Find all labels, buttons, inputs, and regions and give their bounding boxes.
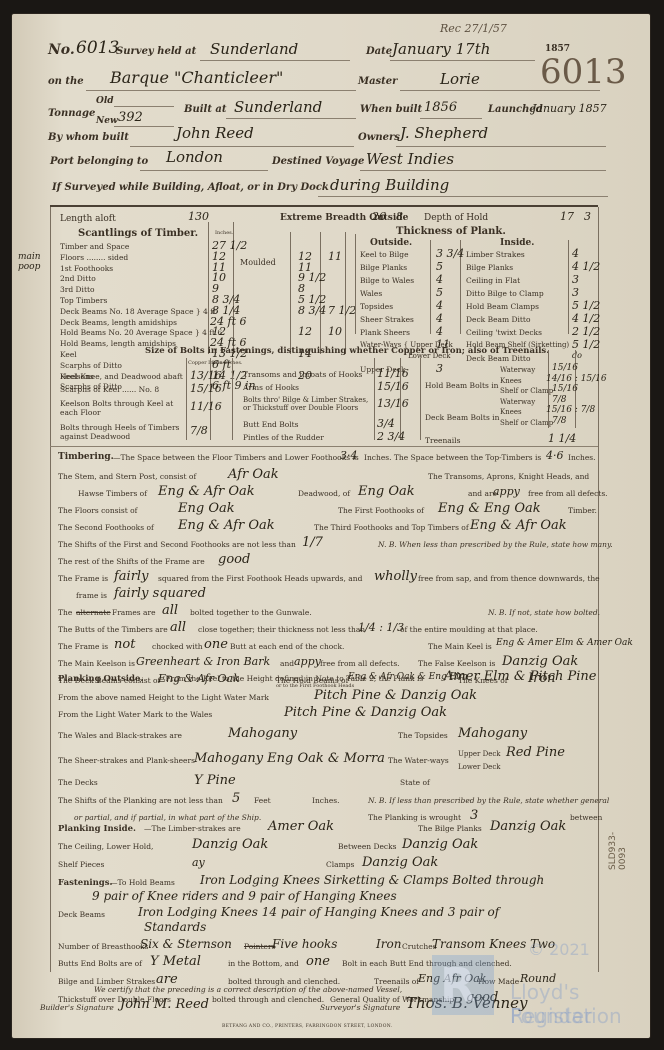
builder-value: John Reed	[176, 124, 254, 142]
owners-value: J. Shepherd	[400, 124, 488, 142]
fastenings-l4b: in the Bottom, and	[228, 959, 299, 968]
scantlings-title: Scantlings of Timber.	[78, 228, 198, 239]
planking-outside-l5-val: Mahogany Eng Oak & Morra	[194, 751, 385, 766]
master-value: Lorie	[440, 70, 480, 88]
timbering-l12c: Butt at each end of the chock.	[230, 642, 344, 651]
planking-outside-l3-val: Pitch Pine & Danzig Oak	[284, 705, 447, 720]
bolts-middle-4-value: 2 3/4	[377, 430, 405, 443]
timbering-l12b-val: one	[204, 637, 228, 652]
margin-note: main poop	[18, 252, 56, 272]
timbering-l13d: The False Keelson is	[418, 659, 495, 668]
hold-beam-list: Waterway15/16 Knees14/16 : 15/16 Shelf o…	[500, 366, 595, 429]
printer-imprint: BETFANG AND CO., PRINTERS, FARRINGDON ST…	[222, 1024, 392, 1029]
timbering-l11-val: all	[170, 620, 186, 635]
planking-inside-l1: —The Limber-strakes are	[144, 824, 241, 833]
date-value: January 17th	[392, 40, 490, 58]
timbering-l1b-val: 4·6	[546, 449, 564, 462]
bolts-hold-beam-0-label: Waterway	[500, 366, 535, 374]
received-note: Rec 27/1/57	[440, 22, 507, 35]
bolt-row: Keelson Bolts through Keel at each Floor…	[60, 399, 230, 423]
fastenings-l3: Number of Breasthooks	[58, 942, 149, 951]
owners-label: Owners	[358, 132, 400, 143]
voyage-value: West Indies	[366, 150, 454, 168]
timbering-l2b: The Transoms, Aprons, Knight Heads, and	[428, 472, 589, 481]
timbering-l13b-val: appy	[294, 655, 321, 668]
planking-outside-l7c: Inches.	[312, 796, 340, 805]
timbering-l13c: free from all defects.	[320, 659, 400, 668]
fastenings-l4: Butts End Bolts are of	[58, 959, 142, 968]
voyage-label: Destined Voyage	[272, 156, 364, 167]
timbering-l8: The Frame is	[58, 574, 108, 583]
bolts-left-1-value: 15/16	[190, 382, 222, 395]
timbering-l3b-val: Eng Oak	[358, 484, 415, 499]
timbering-l12: The Frame is	[58, 642, 108, 651]
scantlings-rows-6-ends: 7 1/2	[328, 304, 356, 317]
archive-reference: SLD933-0093	[608, 814, 628, 870]
scantlings-col-inches: Inches.	[215, 230, 233, 236]
timbering-l8c: free from sap, and from thence downwards…	[418, 574, 600, 583]
fastenings-l1: —To Hold Beams	[110, 878, 175, 887]
bolts-middle-4-label: Pintles of the Rudder	[243, 433, 324, 442]
bolts-left-1-label: Scarphs of Keel ...... No. 8	[60, 385, 159, 394]
timbering-l4b-val: Eng & Eng Oak	[438, 501, 541, 516]
plank-row: Wales5	[360, 289, 470, 302]
planking-outside-l5b: The Water-ways	[388, 756, 449, 765]
planking-inside-l3b: Clamps	[326, 860, 354, 869]
plank-outside-6-value: 4	[436, 325, 443, 338]
planking-outside-l6-val: Y Pine	[194, 773, 236, 788]
planking-inside-l1b-val: Danzig Oak	[490, 819, 566, 834]
planking-inside-l2-val: Danzig Oak	[192, 837, 268, 852]
planking-inside-l1-val: Amer Oak	[268, 819, 334, 834]
timbering-l3d: free from all defects.	[528, 489, 608, 498]
planking-inside-l2b: Between Decks	[338, 842, 397, 851]
plank-outside-5-value: 4	[436, 312, 443, 325]
plank-inside-0-value: 4	[572, 247, 579, 260]
fastenings-l3-struck: Pointers	[244, 942, 275, 951]
inside-title: Inside.	[500, 238, 534, 248]
length-label: Length aloft	[60, 214, 116, 224]
plank-row: Keel to Bilge3 3/4	[360, 250, 470, 263]
treenails-value: 1 1/4	[548, 432, 576, 445]
scantlings-rows-4-label: 3rd Ditto	[60, 285, 95, 294]
planking-outside-l5d: Lower Deck	[458, 763, 501, 771]
timbering-l3c-val: appy	[493, 485, 520, 498]
planking-outside-l8: or partial, and if partial, in what part…	[74, 813, 261, 822]
builder-signature-label: Builder's Signature	[40, 1003, 114, 1012]
bolts-hold-beam-1-label: Knees	[500, 377, 522, 385]
timbering-l6: The Shifts of the First and Second Footh…	[58, 540, 296, 549]
bolt-row: Knees14/16 : 15/16	[500, 377, 595, 388]
timbering-l6b: N. B. When less than prescribed by the R…	[378, 540, 613, 549]
plank-outside-4-value: 4	[436, 299, 443, 312]
planking-outside-l7: The Shifts of the Planking are not less …	[58, 796, 223, 805]
timbering-l4-val: Eng Oak	[178, 501, 235, 516]
plank-title: Thickness of Plank.	[396, 226, 506, 237]
hold-beam-bolts-label: Hold Beam Bolts in	[425, 381, 498, 390]
planking-outside-l5c-val: Red Pine	[506, 745, 565, 760]
bolts-deck-beam-2-value: 7/8	[552, 416, 566, 426]
fastenings-l3b-val: Five hooks	[272, 937, 337, 951]
scantlings-rows-8-middle: 12	[298, 325, 312, 338]
plank-outside-3-label: Wales	[360, 289, 382, 298]
plank-outside-2-value: 4	[436, 273, 443, 286]
bolts-middle-2-label: Bolts thro' Bilge & Limber Strakes, or T…	[243, 396, 371, 412]
certify-text: We certify that the preceding is a corre…	[94, 985, 402, 994]
plank-outside-2-label: Bilge to Wales	[360, 276, 414, 285]
by-whom-label: By whom built	[48, 132, 129, 143]
planking-inside-section: Planking Inside. —The Limber-strakes are…	[58, 822, 598, 876]
planking-outside-l4b: The Topsides	[398, 731, 448, 740]
planking-outside-heading: Planking Outside.	[58, 674, 143, 684]
planking-outside-l4: The Wales and Black-strakes are	[58, 731, 182, 740]
plank-inside-4-label: Hold Beam Clamps	[466, 302, 539, 311]
breadth-feet: 26	[372, 210, 386, 223]
fastenings-l1-val: Iron Lodging Knees Sirketting & Clamps B…	[200, 873, 544, 887]
timbering-l4c: Timber.	[568, 506, 597, 515]
timbering-l5-val: Eng & Afr Oak	[178, 518, 275, 533]
planking-inside-l2b-val: Danzig Oak	[402, 837, 478, 852]
vessel-name: Barque "Chanticleer"	[110, 68, 283, 87]
planking-inside-heading: Planking Inside.	[58, 824, 136, 834]
scantlings-rows-10-label: Keel	[60, 350, 77, 359]
treenails-label: Treenails	[425, 436, 460, 445]
built-at-label: Built at	[184, 104, 227, 115]
bolt-row: Pintles of the Rudder2 3/4	[243, 433, 408, 446]
scantlings-rows-5-label: Top Timbers	[60, 296, 107, 305]
timbering-section: Timbering. —The Space between the Floor …	[58, 450, 598, 691]
timbering-l5b-val: Eng & Afr Oak	[470, 518, 567, 533]
plank-row: Bilge Planks5	[360, 263, 470, 276]
bolt-row: Shelf or Clamp7/8	[500, 419, 595, 430]
fastenings-heading: Fastenings.	[58, 878, 112, 888]
new-tonnage-value: 392	[118, 110, 143, 125]
plank-inside-2-value: 3	[572, 273, 579, 286]
bolts-left-2-label: Keelson Bolts through Keel at each Floor	[60, 399, 185, 417]
scantlings-rows-8-ends: 10	[328, 325, 342, 338]
new-label: New	[96, 116, 118, 126]
bolts-iron-hdr: Iron Inches.	[212, 360, 243, 366]
plank-row: Bilge to Wales4	[360, 276, 470, 289]
depth-feet: 17	[560, 210, 574, 223]
planking-inside-l2: The Ceiling, Lower Hold,	[58, 842, 153, 851]
surveyor-signature-label: Surveyor's Signature	[320, 1003, 400, 1012]
builder-signature: John M. Reed	[120, 997, 209, 1012]
deck-beam-bolts-label: Deck Beam Bolts in	[425, 413, 499, 422]
when-built-label: When built	[360, 104, 422, 115]
bolts-hold-beam-2-value: 15/16	[552, 384, 578, 394]
planking-outside-l2: From the above named Height to the Light…	[58, 693, 269, 702]
fastenings-l6b: bolted through and clenched.	[212, 995, 324, 1004]
bolts-hold-beam-1-value: 14/16 : 15/16	[546, 374, 607, 384]
watermark-year: © 2021	[528, 940, 590, 959]
bolts-deck-beam-1-label: Knees	[500, 408, 522, 416]
planking-outside-l8b-val: 3	[470, 808, 478, 823]
scantlings-rows-1-ends: 11	[328, 250, 342, 263]
planking-outside-l3: From the Light Water Mark to the Wales	[58, 710, 212, 719]
timbering-l12d: The Main Keel is	[428, 642, 492, 651]
timbering-l13b: and	[280, 659, 294, 668]
timbering-l12b: chocked with	[152, 642, 203, 651]
plank-inside-5-value: 4 1/2	[572, 312, 600, 325]
timbering-l11b-val: 1/4 : 1/3	[358, 621, 404, 634]
plank-outside-4-label: Topsides	[360, 302, 393, 311]
depth-inches: 3	[584, 210, 591, 223]
timbering-l9-val: fairly squared	[114, 586, 206, 601]
scantlings-rows-2-label: 1st Foothooks	[60, 264, 113, 273]
bolts-deck-beam-2-label: Shelf or Clamp	[500, 419, 553, 427]
plank-inside-0-label: Limber Strakes	[466, 250, 525, 259]
bolts-left-3-label: Bolts through Heels of Timbers against D…	[60, 423, 185, 441]
scantlings-rows-11-label: Scarphs of Ditto	[60, 361, 122, 370]
bolts-deck-beam-0-value: 7/8	[552, 395, 566, 405]
built-at-value: Sunderland	[234, 98, 322, 116]
survey-number: 6013	[76, 38, 119, 58]
bolts-left-0-label: Heel-Knee, and Deadwood abaft	[60, 372, 183, 381]
bolts-left-2-value: 11/16	[190, 400, 222, 413]
timbering-l13-val: Greenheart & Iron Bark	[136, 655, 270, 668]
scantlings-rows-6-middle: 8 3/4	[298, 304, 326, 317]
bolts-hold-beam-2-label: Shelf or Clamp	[500, 387, 553, 395]
on-the-label: on the	[48, 76, 84, 87]
bolts-left-3-value: 7/8	[190, 424, 208, 437]
plank-inside-3-value: 3	[572, 286, 579, 299]
planking-outside-l5: The Sheer-strakes and Plank-sheers	[58, 756, 195, 765]
scantlings-rows-3-label: 2nd Ditto	[60, 274, 96, 283]
timbering-l10-val: all	[162, 603, 178, 618]
launched-value: January 1857	[532, 102, 607, 115]
timbering-l13: The Main Keelson is	[58, 659, 135, 668]
timbering-l9: frame is	[76, 591, 107, 600]
bolt-row: Scarphs of Keel ...... No. 815/16	[60, 385, 230, 399]
plank-outside-5-label: Sheer Strakes	[360, 315, 414, 324]
scantling-row: 2nd Ditto 10 9 1/2	[60, 274, 350, 285]
planking-outside-l8b: The Planking is wrought	[368, 813, 461, 822]
planking-inside-l1b: The Bilge Planks	[418, 824, 482, 833]
plank-outside-1-label: Bilge Planks	[360, 263, 407, 272]
timbering-l10-struck: alternate	[76, 608, 111, 617]
plank-outside-6-label: Plank Sheers	[360, 328, 410, 337]
lr-logo-letter-icon: R	[440, 958, 475, 1012]
bolts-deck-beam-1-value: 15/16 : 7/8	[546, 405, 595, 415]
planking-outside-l7d: N. B. If less than prescribed by the Rul…	[368, 796, 609, 805]
timbering-l11c: of the entire moulding at that place.	[400, 625, 538, 634]
plank-inside-5-label: Deck Beam Ditto	[466, 315, 530, 324]
planking-outside-l7b: Feet	[254, 796, 271, 805]
fastenings-l2: Deck Beams	[58, 910, 105, 919]
tonnage-label: Tonnage	[48, 108, 95, 119]
timbering-l8b-val: wholly	[374, 569, 417, 584]
length-feet: 130	[188, 210, 209, 223]
plank-row: Topsides4	[360, 302, 470, 315]
timbering-l11: The Butts of the Timbers are	[58, 625, 168, 634]
fastenings-l4b-val: one	[306, 954, 330, 969]
planking-outside-l1-val: Amer Elm & Pitch Pine	[444, 669, 596, 684]
timbering-l7: The rest of the Shifts of the Frame are	[58, 557, 205, 566]
scantling-row: Hold Beams No. 20 Average Space } 4 ft 6…	[60, 328, 350, 339]
planking-outside-l4-val: Mahogany	[228, 726, 297, 741]
timbering-l6-val: 1/7	[302, 535, 323, 550]
planking-outside-section: Planking Outside. —From the Keel to the …	[58, 672, 598, 829]
timbering-l5b: The Third Foothooks and Top Timbers of	[314, 523, 469, 532]
fastenings-l4-val: Y Metal	[150, 954, 201, 969]
planking-outside-l4b-val: Mahogany	[458, 726, 527, 741]
plank-inside-4-value: 5 1/2	[572, 299, 600, 312]
timbering-l2-val: Afr Oak	[228, 467, 279, 482]
planking-inside-l3: Shelf Pieces	[58, 860, 104, 869]
plank-outside-9-value: 3	[436, 362, 443, 375]
planking-inside-l3-val: ay	[192, 856, 205, 869]
timbering-l12d-val: Eng & Amer Elm & Amer Oak	[496, 638, 633, 648]
planking-outside-l6: The Decks	[58, 778, 98, 787]
survey-held-value: Sunderland	[210, 40, 298, 58]
scantlings-rows-0-label: Timber and Space	[60, 242, 129, 251]
plank-row: Sheer Strakes4	[360, 315, 470, 328]
bolt-row: Knees15/16 : 7/8	[500, 408, 595, 419]
timbering-l10d: N. B. If not, state how bolted.	[488, 608, 600, 617]
bolts-middle-1-label: Arms of Hooks	[243, 383, 299, 392]
timbering-l1a: —The Space between the Floor Timbers and…	[113, 453, 359, 462]
plank-inside-1-value: 4 1/2	[572, 260, 600, 273]
timbering-l3-val: Eng & Afr Oak	[158, 484, 255, 499]
planking-outside-l7-val: 5	[232, 791, 240, 806]
scantlings-rows-8-label: Hold Beams No. 20 Average Space } 4 ft 6	[60, 328, 222, 337]
planking-outside-l5c: Upper Deck	[458, 750, 501, 758]
timbering-l13d-val: Danzig Oak	[502, 654, 578, 669]
timbering-l5: The Second Foothooks of	[58, 523, 154, 532]
fastenings-l2-val: Iron Lodging Knees 14 pair of Hanging Kn…	[138, 905, 499, 919]
planking-outside-l8c: between	[570, 813, 602, 822]
plank-inside-2-label: Ceiling in Flat	[466, 276, 520, 285]
timbering-l7-val: good	[218, 552, 250, 567]
fastenings-l1-cont: 9 pair of Knee riders and 9 pair of Hang…	[92, 889, 397, 903]
timbering-l10: The	[58, 608, 72, 617]
plank-outside-0-label: Keel to Bilge	[360, 250, 409, 259]
plank-outside-3-value: 5	[436, 286, 443, 299]
planking-outside-l2-val: Pitch Pine & Danzig Oak	[314, 688, 477, 703]
outside-title: Outside.	[370, 238, 412, 248]
bolts-middle-1-value: 15/16	[377, 380, 409, 393]
bolts-left-0-value: 13/16	[190, 369, 222, 382]
bolts-middle-3-label: Butt End Bolts	[243, 420, 299, 429]
fastenings-l3c-val: Iron	[376, 937, 401, 951]
plank-inside-8-value: do	[572, 351, 582, 360]
plank-inside-7-value: 5 1/2	[572, 338, 600, 351]
timbering-l4: The Floors consist of	[58, 506, 137, 515]
watermark-line2: Foundation	[510, 1004, 622, 1028]
bolt-row: Bolts through Heels of Timbers against D…	[60, 423, 230, 447]
plank-row: Plank Sheers4	[360, 328, 470, 341]
planking-inside-l3b-val: Danzig Oak	[362, 855, 438, 870]
plank-inside-6-value: 2 1/2	[572, 325, 600, 338]
plank-outside-1-value: 5	[436, 260, 443, 273]
timbering-l4b: The First Foothooks of	[338, 506, 424, 515]
timbering-heading: Timbering.	[58, 452, 114, 462]
plank-inside-3-label: Ditto Bilge to Clamp	[466, 289, 544, 298]
breadth-label: Extreme Breadth Outside	[280, 213, 408, 223]
planking-outside-l1: —From the Keel to the Height defined in …	[158, 674, 423, 683]
depth-label: Depth of Hold	[424, 213, 488, 223]
plank-outside-0-value: 3 3/4	[436, 247, 464, 260]
old-label: Old	[96, 96, 114, 106]
timbering-l8-val: fairly	[114, 569, 148, 584]
scantlings-rows-7-label: Deck Beams, length amidships	[60, 318, 177, 327]
bolts-title: Size of Bolts in Fastenings, distinguish…	[145, 346, 549, 356]
bolt-row: Shelf or Clamp15/16	[500, 387, 595, 398]
port-label: Port belonging to	[50, 156, 148, 167]
fastenings-l2-cont: Standards	[144, 920, 206, 934]
stamped-number: 6013	[540, 52, 627, 92]
timbering-l12-val: not	[114, 637, 135, 652]
timbering-l2: The Stem, and Stern Post, consist of	[58, 472, 196, 481]
bolts-middle-3-value: 3/4	[377, 417, 395, 430]
plank-inside-6-label: Ceiling 'twixt Decks	[466, 328, 542, 337]
port-value: London	[166, 148, 223, 166]
surveyed-value: during Building	[330, 176, 449, 194]
fastenings-l3-val: Six & Sternson	[140, 937, 232, 951]
outside-plank-list: Keel to Bilge3 3/4 Bilge Planks5 Bilge t…	[360, 250, 470, 378]
timbering-l1b: Inches. The Space between the Top-Timber…	[364, 453, 541, 462]
bolts-middle-list: Transoms and throats of Hooks11/16 Arms …	[243, 370, 408, 446]
bolts-hold-beam-0-value: 15/16	[552, 363, 578, 373]
bolts-left-list: Heel-Knee, and Deadwood abaft13/16 Scarp…	[60, 372, 230, 447]
scantlings-rows-1-label: Floors ........ sided	[60, 253, 128, 262]
timbering-l3: Hawse Timbers of	[78, 489, 147, 498]
bolts-deck-beam-0-label: Waterway	[500, 398, 535, 406]
timbering-l11b: close together; their thickness not less…	[198, 625, 365, 634]
timbering-l8b: squared from the First Foothook Heads up…	[158, 574, 362, 583]
date-label: Date	[366, 46, 392, 57]
timbering-l3b: Deadwood, of	[298, 489, 350, 498]
plank-inside-1-label: Bilge Planks	[466, 263, 513, 272]
bolts-middle-0-label: Transoms and throats of Hooks	[243, 370, 362, 379]
timbering-l1a-val: 3·4	[340, 449, 358, 462]
scantling-row: Deck Beams No. 18 Average Space } 4 ft 8…	[60, 307, 350, 318]
master-label: Master	[358, 76, 397, 87]
when-built-value: 1856	[424, 100, 457, 115]
surveyed-label: If Surveyed while Building, Afloat, or i…	[52, 182, 329, 193]
timbering-l10c: bolted together to the Gunwale.	[190, 608, 312, 617]
timbering-l1c: Inches.	[568, 453, 596, 462]
bolts-middle-0-value: 11/16	[377, 367, 409, 380]
no-label: No.	[48, 42, 75, 58]
timbering-l10b: Frames are	[112, 608, 156, 617]
survey-held-label: Survey held at	[116, 46, 196, 57]
scantlings-rows-6-label: Deck Beams No. 18 Average Space } 4 ft	[60, 307, 216, 316]
breadth-inches: 8	[396, 210, 403, 223]
bolt-row: Arms of Hooks15/16	[243, 383, 408, 396]
planking-outside-l6b: State of	[400, 778, 430, 787]
bolts-middle-2-value: 13/16	[377, 397, 409, 410]
